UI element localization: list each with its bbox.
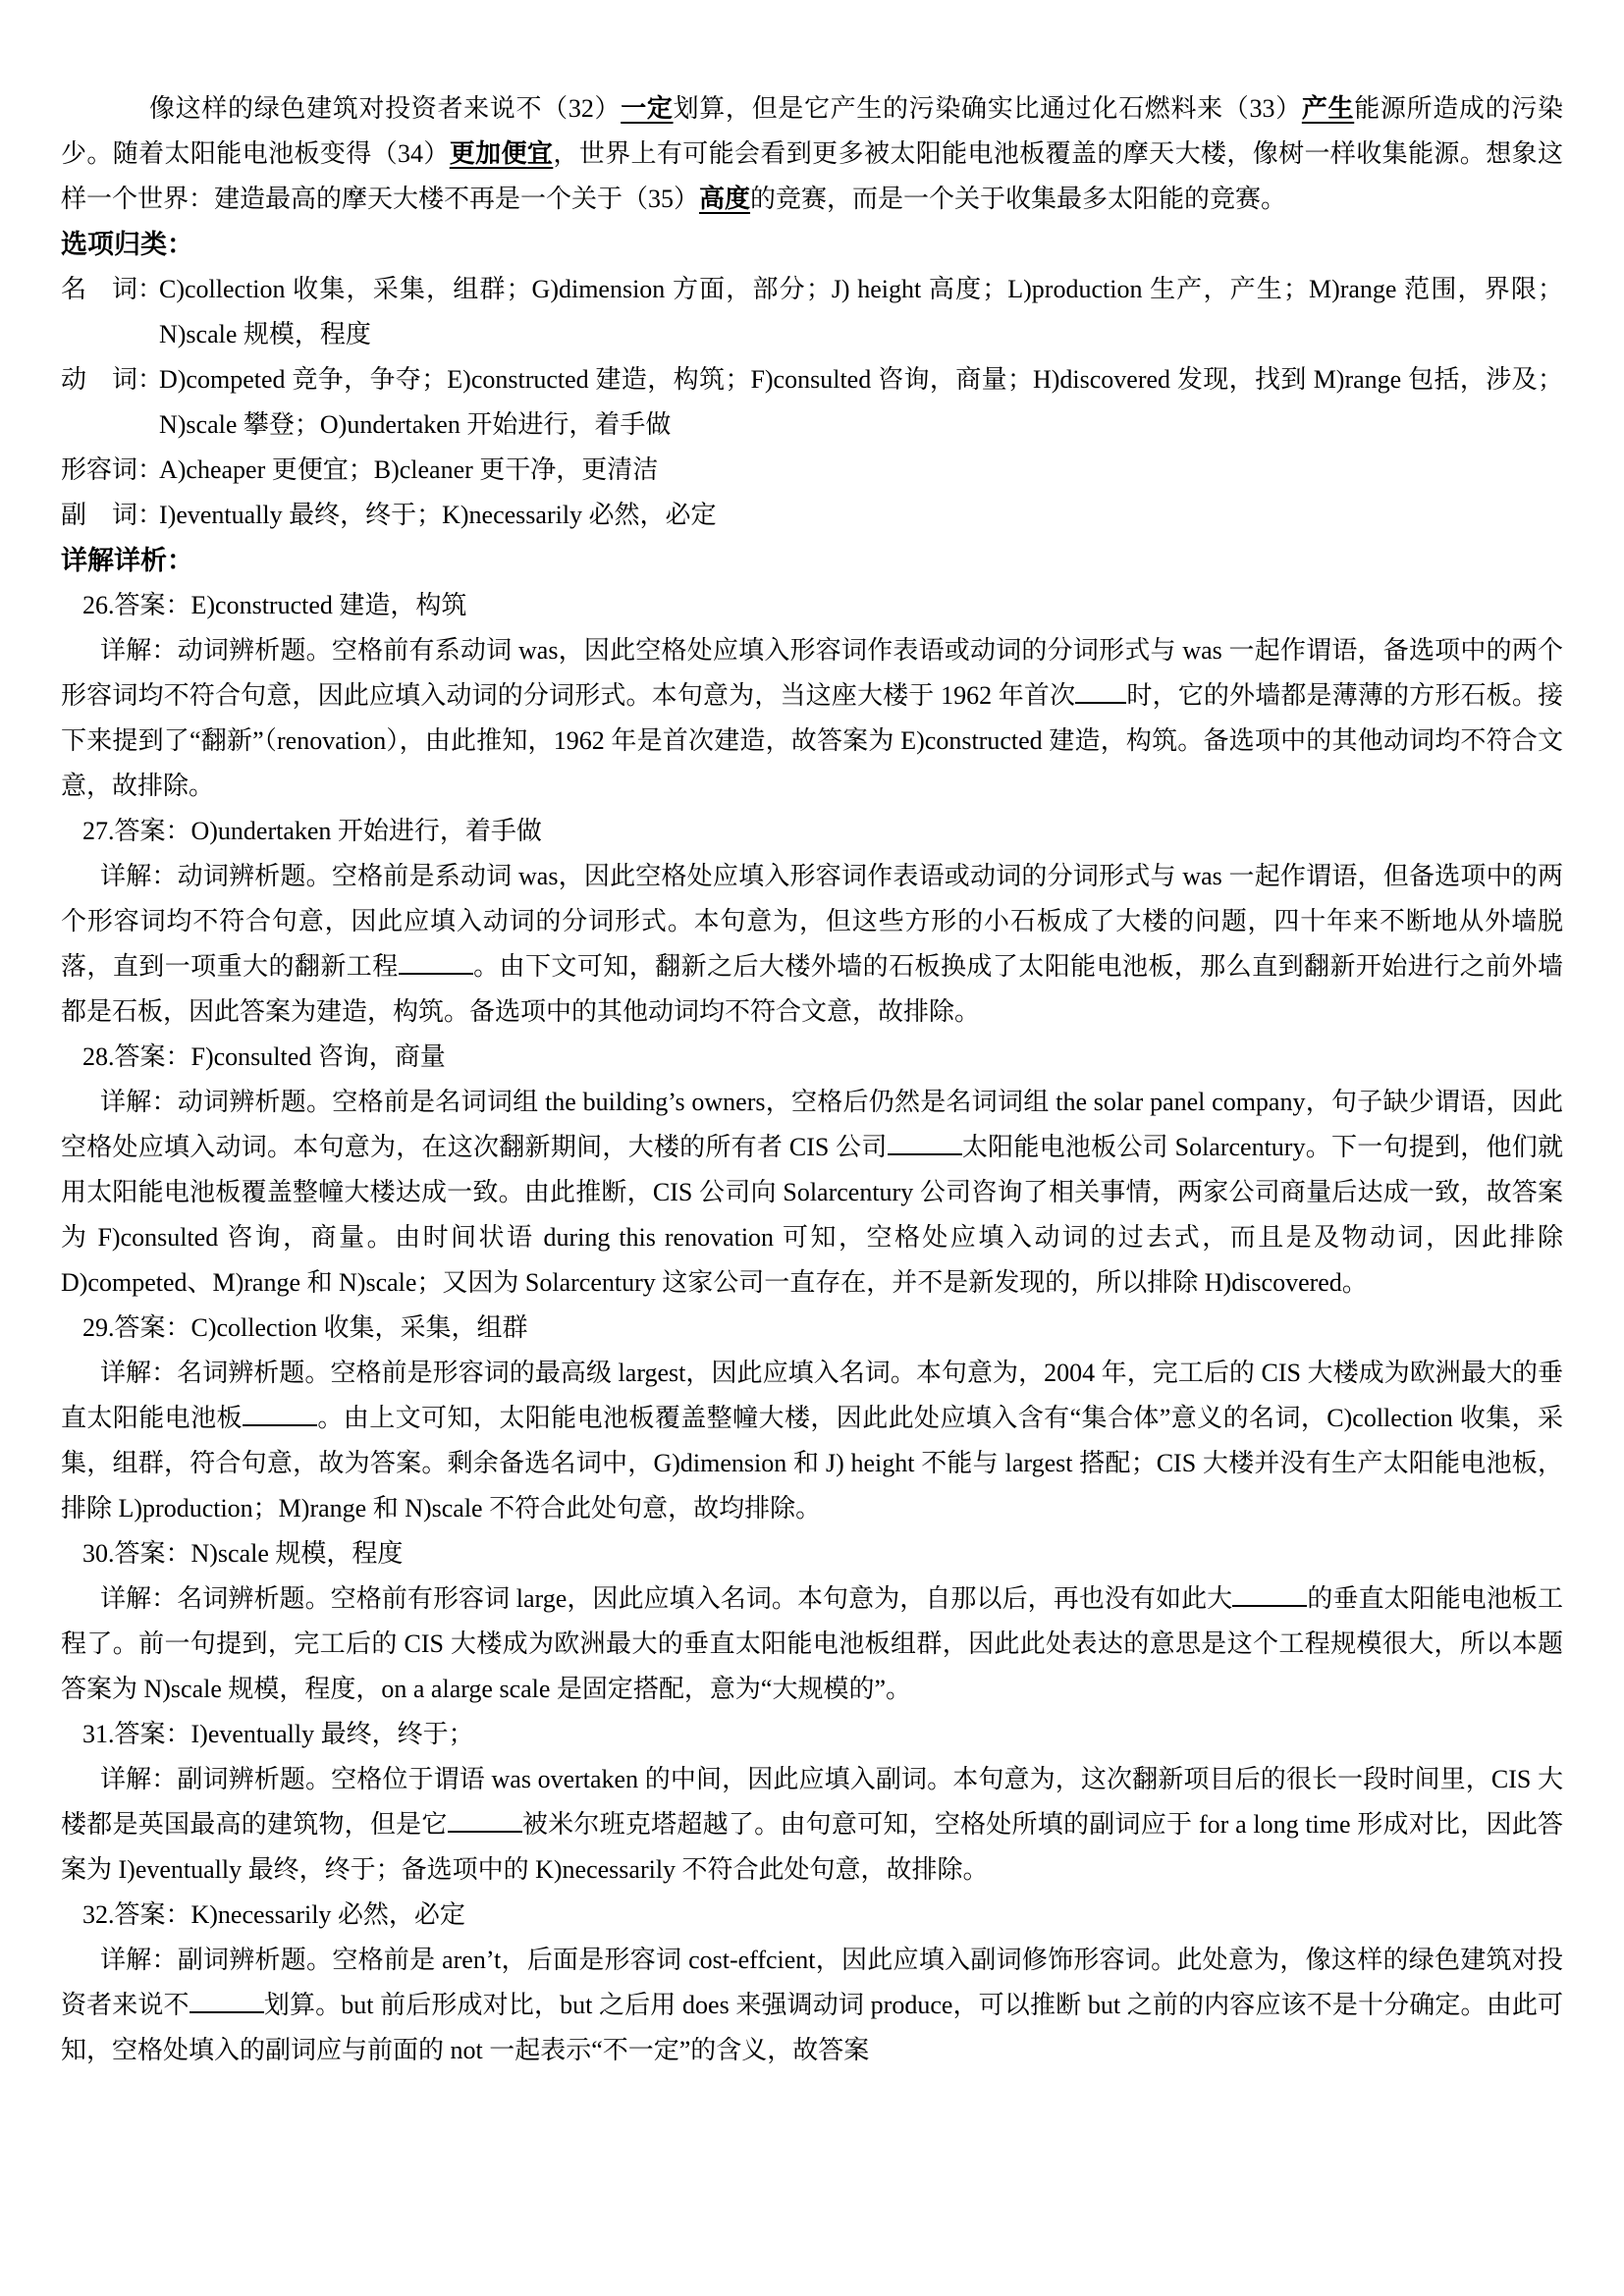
fill-in-blank	[189, 1990, 264, 2013]
options-heading: 选项归类：	[61, 222, 1563, 267]
text-run: 详解：名词辨析题。空格前有形容词 large，因此应填入名词。本句意为，自那以后…	[100, 1584, 1232, 1613]
answer-line: 30.答案：N)scale 规模，程度	[61, 1531, 1563, 1576]
text-run: 像这样的绿色建筑对投资者来说不（32）	[149, 94, 621, 123]
detail-heading: 详解详析：	[61, 538, 1563, 583]
explanation-paragraph: 详解：名词辨析题。空格前有形容词 large，因此应填入名词。本句意为，自那以后…	[61, 1576, 1563, 1712]
document-page: 像这样的绿色建筑对投资者来说不（32）一定划算，但是它产生的污染确实比通过化石燃…	[0, 0, 1624, 2296]
answer-line: 32.答案：K)necessarily 必然，必定	[61, 1893, 1563, 1938]
explanation-paragraph: 详解：动词辨析题。空格前是名词词组 the building’s owners，…	[61, 1080, 1563, 1306]
fill-in-blank	[1232, 1583, 1307, 1607]
intro-paragraph: 像这样的绿色建筑对投资者来说不（32）一定划算，但是它产生的污染确实比通过化石燃…	[61, 86, 1563, 222]
answer-word: 一定	[621, 94, 673, 123]
text-run: 的竞赛，而是一个关于收集最多太阳能的竞赛。	[750, 185, 1286, 213]
answer-word: 更加便宜	[450, 139, 554, 168]
fill-in-blank	[448, 1809, 522, 1833]
option-group: 名 词：C)collection 收集，采集，组群；G)dimension 方面…	[61, 267, 1563, 357]
fill-in-blank	[399, 951, 473, 975]
text-run: 划算。but 前后形成对比，but 之后用 does 来强调动词 produce…	[61, 1991, 1563, 2064]
option-group-content: I)eventually 最终，终于；K)necessarily 必然，必定	[159, 501, 717, 529]
answer-line: 27.答案：O)undertaken 开始进行，着手做	[61, 809, 1563, 854]
answer-items: 26.答案：E)constructed 建造，构筑详解：动词辨析题。空格前有系动…	[61, 583, 1563, 2073]
option-group-label: 名 词：	[61, 267, 159, 312]
option-group-content: C)collection 收集，采集，组群；G)dimension 方面，部分；…	[159, 275, 1563, 348]
answer-line: 28.答案：F)consulted 咨询，商量	[61, 1035, 1563, 1080]
text-run: 划算，但是它产生的污染确实比通过化石燃料来（33）	[674, 94, 1302, 123]
option-group-label: 副 词：	[61, 493, 159, 538]
option-group-label: 形容词：	[61, 448, 159, 493]
answer-line: 26.答案：E)constructed 建造，构筑	[61, 583, 1563, 628]
option-group: 动 词：D)competed 竞争，争夺；E)constructed 建造，构筑…	[61, 357, 1563, 448]
explanation-paragraph: 详解：副词辨析题。空格前是 aren’t，后面是形容词 cost-effcien…	[61, 1938, 1563, 2073]
option-group-content: D)competed 竞争，争夺；E)constructed 建造，构筑；F)c…	[159, 365, 1563, 439]
option-group: 形容词：A)cheaper 更便宜；B)cleaner 更干净，更清洁	[61, 448, 1563, 493]
explanation-paragraph: 详解：动词辨析题。空格前是系动词 was，因此空格处应填入形容词作表语或动词的分…	[61, 854, 1563, 1035]
explanation-paragraph: 详解：副词辨析题。空格位于谓语 was overtaken 的中间，因此应填入副…	[61, 1757, 1563, 1893]
option-groups: 名 词：C)collection 收集，采集，组群；G)dimension 方面…	[61, 267, 1563, 538]
answer-word: 产生	[1302, 94, 1354, 123]
answer-word: 高度	[699, 185, 750, 213]
fill-in-blank	[1075, 680, 1126, 704]
fill-in-blank	[243, 1403, 317, 1426]
explanation-paragraph: 详解：动词辨析题。空格前有系动词 was，因此空格处应填入形容词作表语或动词的分…	[61, 628, 1563, 809]
answer-line: 31.答案：I)eventually 最终，终于；	[61, 1712, 1563, 1757]
explanation-paragraph: 详解：名词辨析题。空格前是形容词的最高级 largest，因此应填入名词。本句意…	[61, 1351, 1563, 1531]
option-group-label: 动 词：	[61, 357, 159, 402]
answer-line: 29.答案：C)collection 收集，采集，组群	[61, 1306, 1563, 1351]
option-group-content: A)cheaper 更便宜；B)cleaner 更干净，更清洁	[159, 455, 658, 484]
option-group: 副 词：I)eventually 最终，终于；K)necessarily 必然，…	[61, 493, 1563, 538]
fill-in-blank	[888, 1132, 962, 1155]
